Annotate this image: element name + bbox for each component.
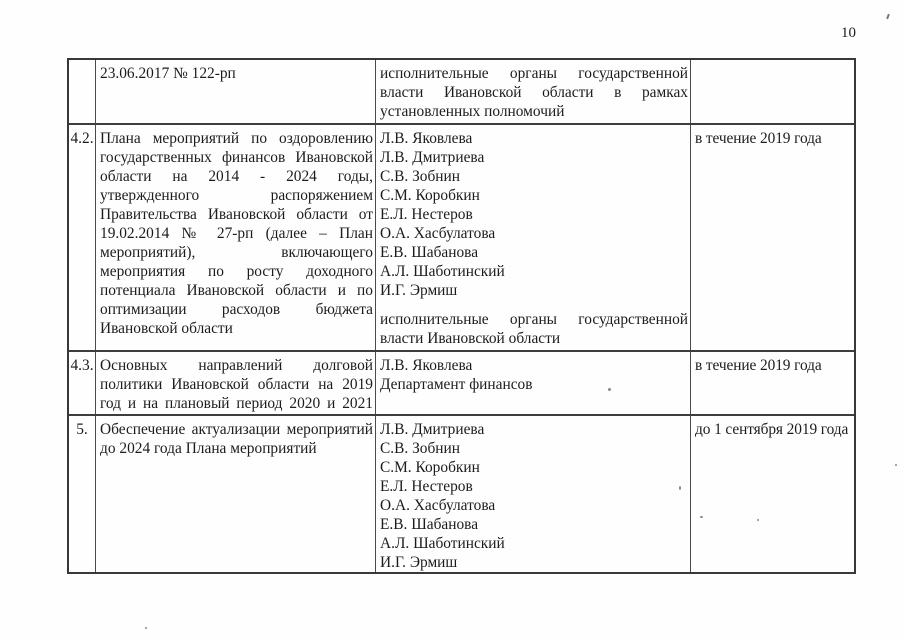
scan-artifact <box>608 388 611 391</box>
executor-names: Л.В. Дмитриева С.В. Зобнин С.М. Коробкин… <box>380 420 688 572</box>
row-number-cell: 4.3. <box>69 352 95 414</box>
scan-artifact <box>886 14 890 19</box>
executor-names: Л.В. Яковлева Л.В. Дмитриева С.В. Зобнин… <box>380 129 688 300</box>
table-row-continuation: 23.06.2017 № 122-рп исполнительные орган… <box>69 60 854 123</box>
executor-names: Л.В. Яковлева Департамент финансов <box>380 356 688 394</box>
executors-cell: Л.В. Яковлева Департамент финансов <box>375 352 690 414</box>
description-cell: 23.06.2017 № 122-рп <box>95 60 375 123</box>
measures-table: 23.06.2017 № 122-рп исполнительные орган… <box>67 58 856 574</box>
scan-artifact <box>895 464 897 466</box>
scanned-document-page: 10 23.06.2017 № 122-рп исполнительные ор… <box>0 0 905 640</box>
table-row-4-2: 4.2. Плана мероприятий по оздоровлению г… <box>69 123 854 350</box>
executors-cell: Л.В. Яковлева Л.В. Дмитриева С.В. Зобнин… <box>375 125 690 350</box>
term-cell: в течение 2019 года <box>690 125 854 350</box>
term-cell: до 1 сентября 2019 года <box>690 416 854 572</box>
page-number: 10 <box>841 24 856 42</box>
executor-org: исполнительные органы государственной вл… <box>380 310 688 348</box>
description-cell: Основных направлений долговой политики И… <box>95 352 375 414</box>
scan-artifact <box>145 627 147 629</box>
table-row-4-3: 4.3. Основных направлений долговой полит… <box>69 350 854 414</box>
scan-artifact <box>700 516 703 518</box>
executors-cell: Л.В. Дмитриева С.В. Зобнин С.М. Коробкин… <box>375 416 690 572</box>
description-cell: Плана мероприятий по оздоровлению госуда… <box>95 125 375 350</box>
table-row-5: 5. Обеспечение актуализации мероприятий … <box>69 414 854 572</box>
executors-cell: исполнительные органы государственной вл… <box>375 60 690 123</box>
term-cell <box>690 60 854 123</box>
term-cell: в течение 2019 года <box>690 352 854 414</box>
description-cell: Обеспечение актуализации мероприятий до … <box>95 416 375 572</box>
row-number-cell <box>69 60 95 123</box>
row-number-cell: 5. <box>69 416 95 572</box>
scan-artifact <box>757 519 759 521</box>
row-number-cell: 4.2. <box>69 125 95 350</box>
scan-artifact <box>679 486 681 490</box>
executor-org: исполнительные органы государственной вл… <box>380 64 688 121</box>
